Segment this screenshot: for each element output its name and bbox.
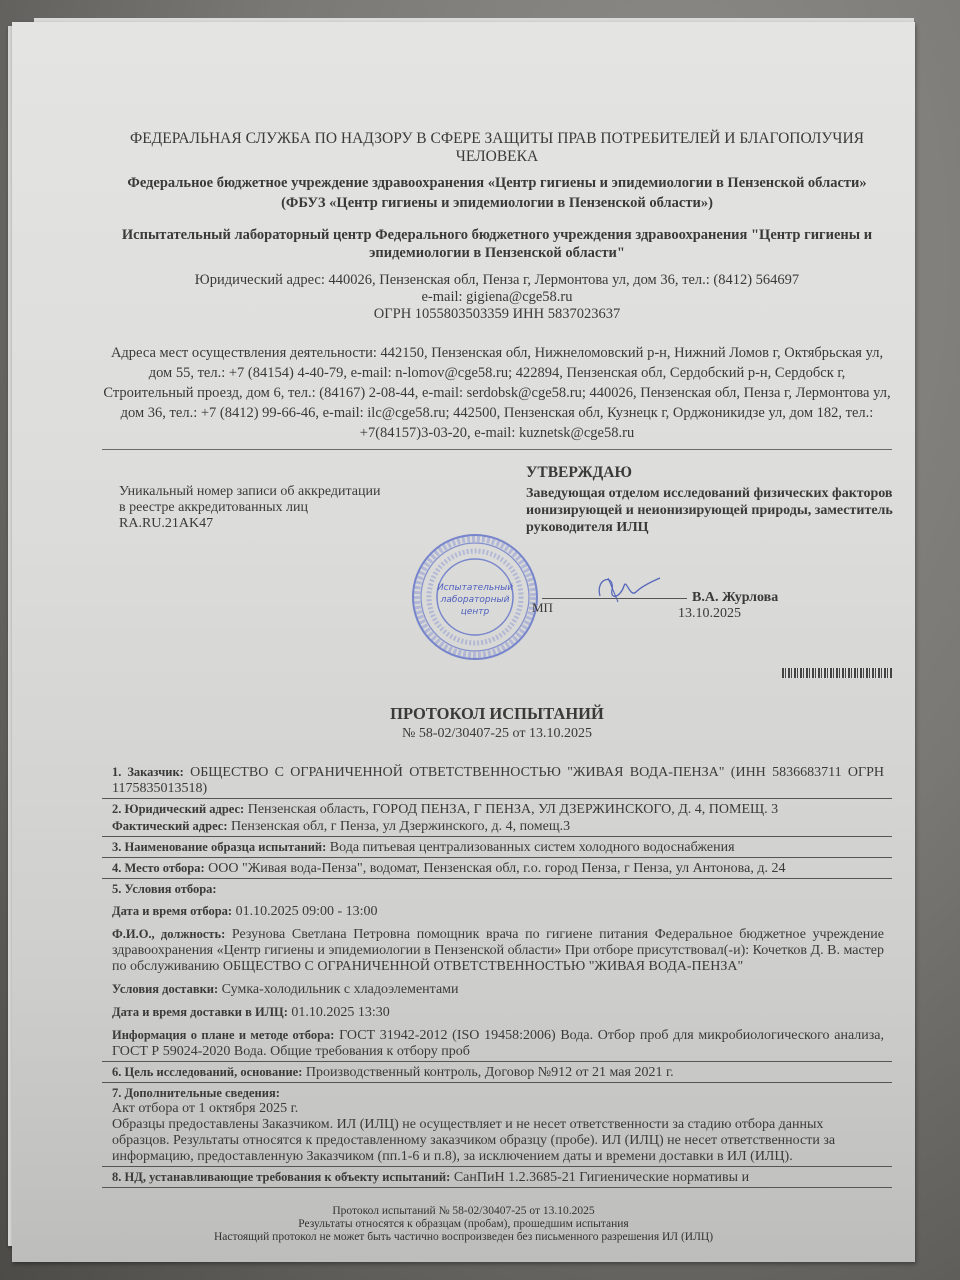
accreditation-info: Уникальный номер записи об аккредитации … [119,484,380,532]
section-label: 2. Юридический адрес: [112,802,244,816]
footer-line-1: Протокол испытаний № 58-02/30407-25 от 1… [12,1205,915,1218]
section-normative-docs: 8. НД, устанавливающие требования к объе… [102,1167,892,1188]
lab-stamp-icon: Испытательный лабораторный центр [410,532,540,662]
svg-text:Испытательный: Испытательный [437,583,513,593]
footer-line-2: Результаты относятся к образцам (пробам)… [12,1218,915,1231]
approval-date: 13.10.2025 [678,606,741,622]
section-sample-name: 3. Наименование образца испытаний: Вода … [102,837,892,858]
signer-name: В.А. Журлова [692,590,778,606]
section-label: 5. Условия отбора: [112,881,884,897]
accreditation-number: RA.RU.21AK47 [119,516,380,532]
section-value: ОБЩЕСТВО С ОГРАНИЧЕННОЙ ОТВЕТСТВЕННОСТЬЮ… [112,765,884,796]
sections: 1. Заказчик: ОБЩЕСТВО С ОГРАНИЧЕННОЙ ОТВ… [102,762,892,1188]
signature-icon [590,568,670,608]
email-line: e-mail: gigiena@cge58.ru [102,289,892,306]
section-label: 6. Цель исследований, основание: [112,1065,302,1079]
signature-line [542,598,687,599]
seal-place-label: МП [532,600,553,616]
section-label: 4. Место отбора: [112,861,205,875]
section-value: СанПиН 1.2.3685-21 Гигиенические нормати… [454,1170,749,1185]
approval-section: УТВЕРЖДАЮ Заведующая отделом исследовани… [526,464,896,536]
protocol-title: ПРОТОКОЛ ИСПЫТАНИЙ [102,704,892,724]
section-label: 7. Дополнительные сведения: [112,1085,884,1101]
activity-addresses: Адреса мест осуществления деятельности: … [102,343,892,443]
section-value: Акт отбора от 1 октября 2025 г. [112,1101,884,1117]
section-value: ООО "Живая вода-Пенза", водомат, Пензенс… [208,861,785,876]
section-purpose: 6. Цель исследований, основание: Произво… [102,1062,892,1083]
section-label: Фактический адрес: [112,819,228,833]
section-value: Пензенская обл, г Пенза, ул Дзержинского… [231,819,570,834]
section-label: Дата и время отбора: [112,904,232,918]
section-label: Условия доставки: [112,982,218,996]
legal-address: Юридический адрес: 440026, Пензенская об… [102,272,892,323]
section-value: Вода питьевая централизованных систем хо… [330,840,735,855]
section-label: Дата и время доставки в ИЛЦ: [112,1005,288,1019]
section-value: Образцы предоставлены Заказчиком. ИЛ (ИЛ… [112,1117,884,1165]
section-value: Производственный контроль, Договор №912 … [306,1065,674,1080]
section-label: 8. НД, устанавливающие требования к объе… [112,1170,450,1184]
section-value: 01.10.2025 09:00 - 13:00 [236,904,378,919]
section-label: Ф.И.О., должность: [112,927,225,941]
section-label: 1. Заказчик: [112,765,184,779]
section-value: Пензенская область, ГОРОД ПЕНЗА, Г ПЕНЗА… [248,802,778,817]
legal-address-line: Юридический адрес: 440026, Пензенская об… [102,272,892,289]
document-page: ФЕДЕРАЛЬНАЯ СЛУЖБА ПО НАДЗОРУ В СФЕРЕ ЗА… [12,22,915,1262]
section-customer: 1. Заказчик: ОБЩЕСТВО С ОГРАНИЧЕННОЙ ОТВ… [102,762,892,799]
footer-line-3: Настоящий протокол не может быть частичн… [12,1231,915,1244]
ogrn-inn-line: ОГРН 1055803503359 ИНН 5837023637 [102,306,892,323]
svg-text:лабораторный: лабораторный [440,595,510,605]
page-footer: Протокол испытаний № 58-02/30407-25 от 1… [12,1205,915,1244]
protocol-number: № 58-02/30407-25 от 13.10.2025 [102,726,892,742]
section-additional-info: 7. Дополнительные сведения: Акт отбора о… [102,1083,892,1167]
approval-block: Уникальный номер записи об аккредитации … [102,450,892,690]
svg-text:центр: центр [461,607,490,617]
accreditation-line-1: Уникальный номер записи об аккредитации [119,484,380,500]
section-label: 3. Наименование образца испытаний: [112,840,326,854]
section-value: Резунова Светлана Петровна помощник врач… [112,927,884,974]
institution-short-name: (ФБУЗ «Центр гигиены и эпидемиологии в П… [102,194,892,212]
barcode-icon [782,668,892,678]
section-sampling-place: 4. Место отбора: ООО "Живая вода-Пенза",… [102,858,892,879]
section-legal-address: 2. Юридический адрес: Пензенская область… [102,799,892,837]
approval-title: УТВЕРЖДАЮ [526,464,896,481]
section-sampling-conditions: 5. Условия отбора: Дата и время отбора: … [102,879,892,1062]
accreditation-line-2: в реестре аккредитованных лиц [119,500,380,516]
institution-name: Федеральное бюджетное учреждение здравоо… [102,174,892,192]
agency-title: ФЕДЕРАЛЬНАЯ СЛУЖБА ПО НАДЗОРУ В СФЕРЕ ЗА… [102,130,892,166]
section-value: Сумка-холодильник с хладоэлементами [222,982,459,997]
document-content: ФЕДЕРАЛЬНАЯ СЛУЖБА ПО НАДЗОРУ В СФЕРЕ ЗА… [102,130,892,1188]
approval-position: Заведующая отделом исследований физическ… [526,485,896,536]
section-label: Информация о плане и методе отбора: [112,1028,334,1042]
section-value: 01.10.2025 13:30 [291,1005,389,1020]
lab-center-name: Испытательный лабораторный центр Федерал… [102,226,892,262]
